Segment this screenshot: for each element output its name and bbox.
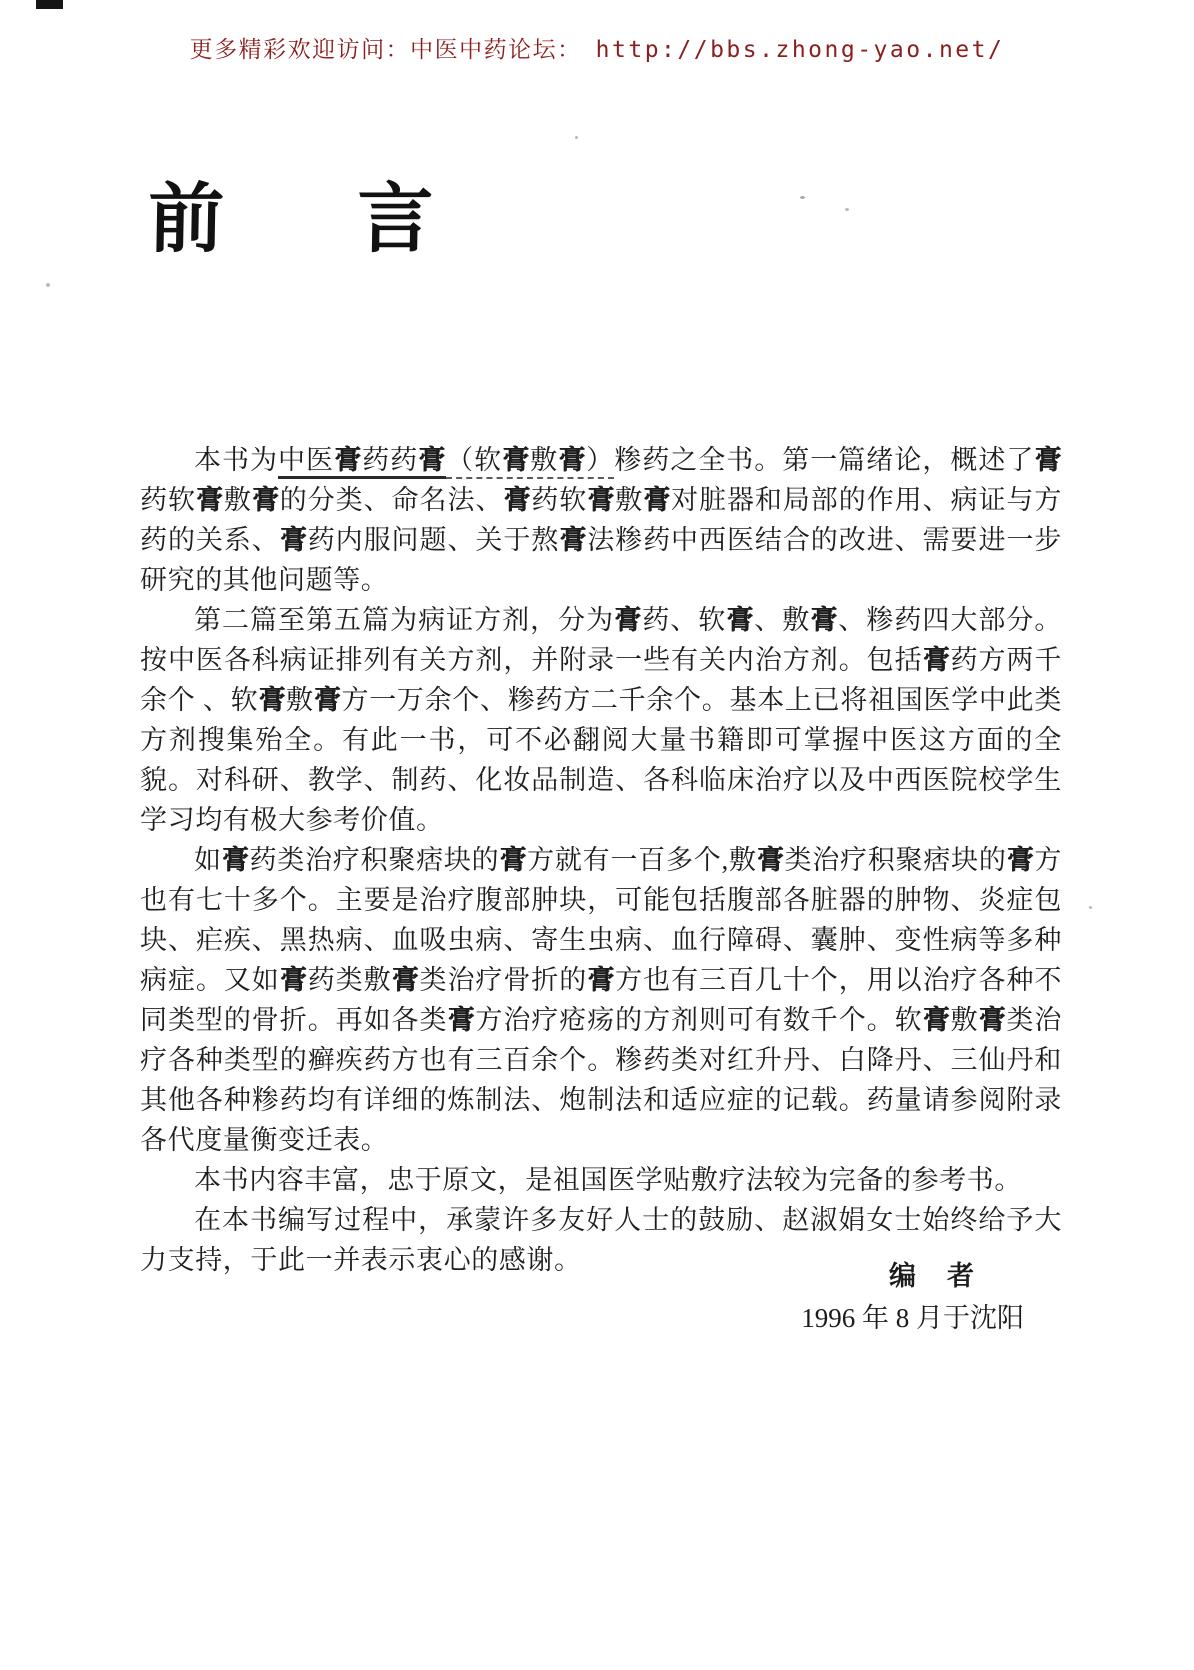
author-signature: 编 者 — [0, 1256, 1194, 1296]
scan-speck — [575, 136, 578, 139]
paragraph-1: 本书为中医膏药药膏（软膏敷膏）糁药之全书。第一篇绪论，概述了膏药软膏敷膏的分类、… — [140, 440, 1062, 600]
signature-block: 编 者 1996 年 8 月于沈阳 — [0, 1256, 1194, 1338]
p1-underlined-book-title: 中医膏药药膏 — [278, 445, 446, 479]
title-char-qian: 前 — [147, 182, 224, 258]
signature-date: 1996 年 8 月于沈阳 — [0, 1298, 1194, 1338]
paragraph-4: 本书内容丰富，忠于原文，是祖国医学贴敷疗法较为完备的参考书。 — [140, 1160, 1062, 1200]
page-title: 前言 — [147, 182, 433, 258]
paragraph-3: 如膏药类治疗积聚痞块的膏方就有一百多个,敷膏类治疗积聚痞块的膏方也有七十多个。主… — [140, 840, 1062, 1160]
p1-paren-subtitle: （软膏敷膏） — [446, 445, 614, 479]
p1-lead: 本书为 — [194, 445, 278, 475]
watermark-text: 更多精彩欢迎访问：中医中药论坛： — [190, 37, 582, 63]
title-char-yan: 言 — [356, 182, 433, 258]
scan-artifact-corner — [36, 0, 63, 9]
watermark-url: http://bbs.zhong-yao.net/ — [596, 37, 1005, 63]
preface-body: 本书为中医膏药药膏（软膏敷膏）糁药之全书。第一篇绪论，概述了膏药软膏敷膏的分类、… — [140, 440, 1062, 1280]
scan-speck — [845, 208, 849, 211]
scan-speck — [800, 196, 805, 199]
scanned-preface-page: 更多精彩欢迎访问：中医中药论坛：http://bbs.zhong-yao.net… — [0, 0, 1194, 1670]
forum-watermark-header: 更多精彩欢迎访问：中医中药论坛：http://bbs.zhong-yao.net… — [0, 31, 1194, 64]
scan-speck — [46, 283, 50, 287]
paragraph-2: 第二篇至第五篇为病证方剂，分为膏药、软膏、敷膏、糁药四大部分。按中医各科病证排列… — [140, 600, 1062, 840]
scan-speck — [1089, 906, 1092, 909]
